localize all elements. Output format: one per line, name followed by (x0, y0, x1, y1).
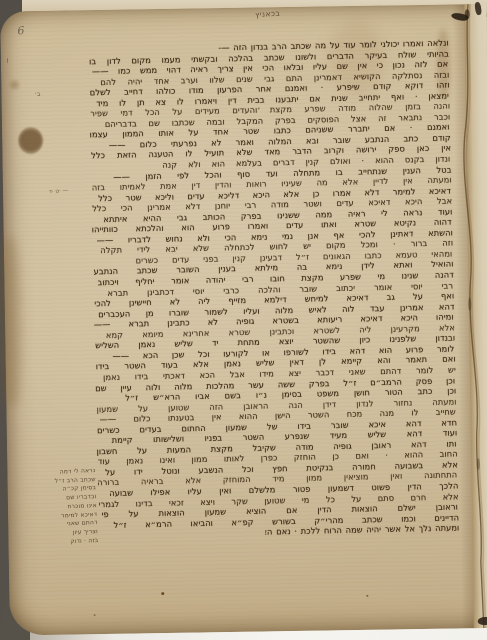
margin-mark: — ·ט ·ד (49, 188, 68, 195)
manuscript-scan: 6 בכאניץ ן ב׳ — ·ט ·ד ונלאה ואמרו יכולני… (0, 0, 487, 640)
header-word: בכאניץ (255, 9, 281, 20)
left-edge-stain (0, 236, 22, 406)
main-text-block: ונלאה ואמרו יכולני לומר עוד על מה שכתב ה… (89, 38, 460, 544)
margin-mark: ן (7, 56, 9, 63)
margin-note-block: נראה לי דמהשכתב הרב ז״לבסימן קכ״הובדבריו… (15, 467, 98, 549)
manuscript-page: 6 בכאניץ ן ב׳ — ·ט ·ד ונלאה ואמרו יכולני… (0, 4, 487, 636)
folio-number: 6 (17, 24, 25, 38)
ink-stain-small (7, 79, 21, 90)
speck (161, 592, 164, 595)
ink-stain-round (18, 127, 43, 154)
speck (94, 614, 96, 616)
speck (366, 595, 368, 597)
margin-mark: ב׳ (34, 91, 41, 98)
bottom-right-ink-blot (478, 617, 487, 625)
